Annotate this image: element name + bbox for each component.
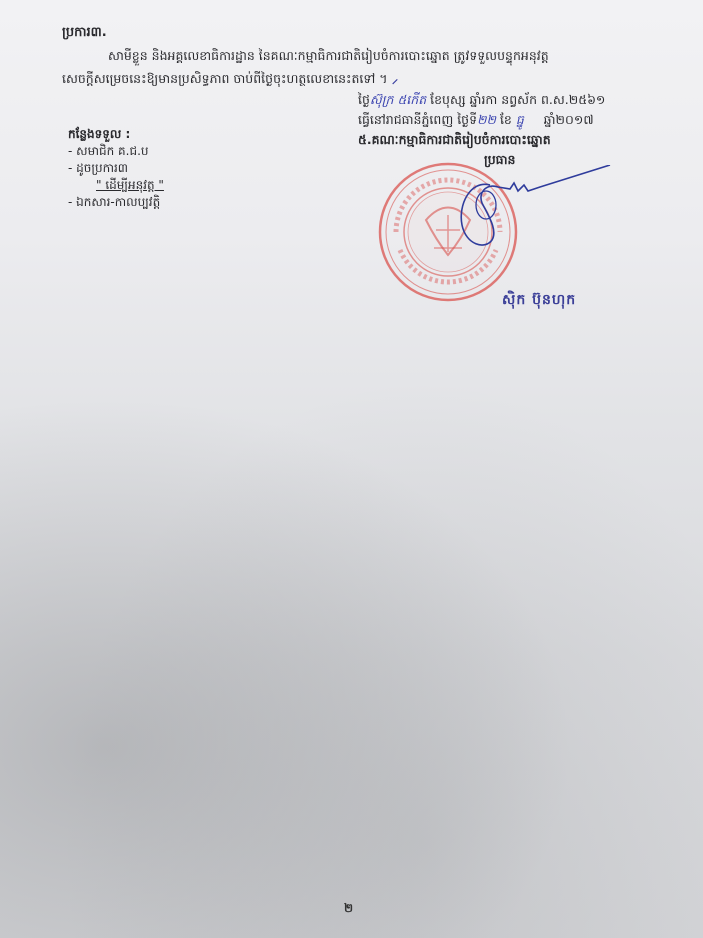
article-heading: ប្រការ៣. xyxy=(62,24,107,43)
check-mark-icon: ⸝ xyxy=(388,71,399,86)
page-number: ២ xyxy=(344,900,353,918)
signer-name: ស៊ិក ប៊ុនហុក xyxy=(502,290,576,311)
handwritten-lunar-date: ស៊ុក្រ ៥កើត xyxy=(370,92,426,107)
paragraph-line-2: សេចក្តីសម្រេចនេះឱ្យមានប្រសិទ្ធភាព ចាប់ពី… xyxy=(62,71,388,86)
organization-line: ៥.គណៈកម្មាធិការជាតិរៀបចំការបោះឆ្នោត xyxy=(358,130,658,150)
date-block: ថ្ងៃស៊ុក្រ ៥កើត ខែបុស្ស ឆ្នាំរកា នព្វស័ក… xyxy=(358,90,658,170)
article-paragraph: សាមីខ្លួន និងអគ្គលេខាធិការដ្ឋាន នៃគណៈកម្… xyxy=(62,44,662,90)
paragraph-line-1: សាមីខ្លួន និងអគ្គលេខាធិការដ្ឋាន នៃគណៈកម្… xyxy=(108,48,549,63)
recipient-item: - ឯកសារ-កាលប្បវត្តិ xyxy=(68,194,164,211)
lunar-date-line: ថ្ងៃស៊ុក្រ ៥កើត ខែបុស្ស ឆ្នាំរកា នព្វស័ក… xyxy=(358,90,658,110)
recipient-subnote: " ដើម្បីអនុវត្ត " xyxy=(68,177,164,194)
signature-icon xyxy=(440,165,620,255)
handwritten-day: ២២ xyxy=(477,112,496,127)
recipients-header: កន្លែងទទួល : xyxy=(68,126,164,143)
recipients-list: កន្លែងទទួល : - សមាជិក គ.ជ.ប - ដូចប្រការ៣… xyxy=(68,126,164,211)
solar-date-line: ធ្វើនៅរាជធានីភ្នំពេញ ថ្ងៃទី២២ ខែ ធ្នូ ឆ្… xyxy=(358,110,658,130)
document-page: ប្រការ៣. សាមីខ្លួន និងអគ្គលេខាធិការដ្ឋាន… xyxy=(0,0,703,938)
recipient-item: - ដូចប្រការ៣ xyxy=(68,160,164,177)
recipient-item: - សមាជិក គ.ជ.ប xyxy=(68,143,164,160)
handwritten-month: ធ្នូ xyxy=(516,112,524,127)
